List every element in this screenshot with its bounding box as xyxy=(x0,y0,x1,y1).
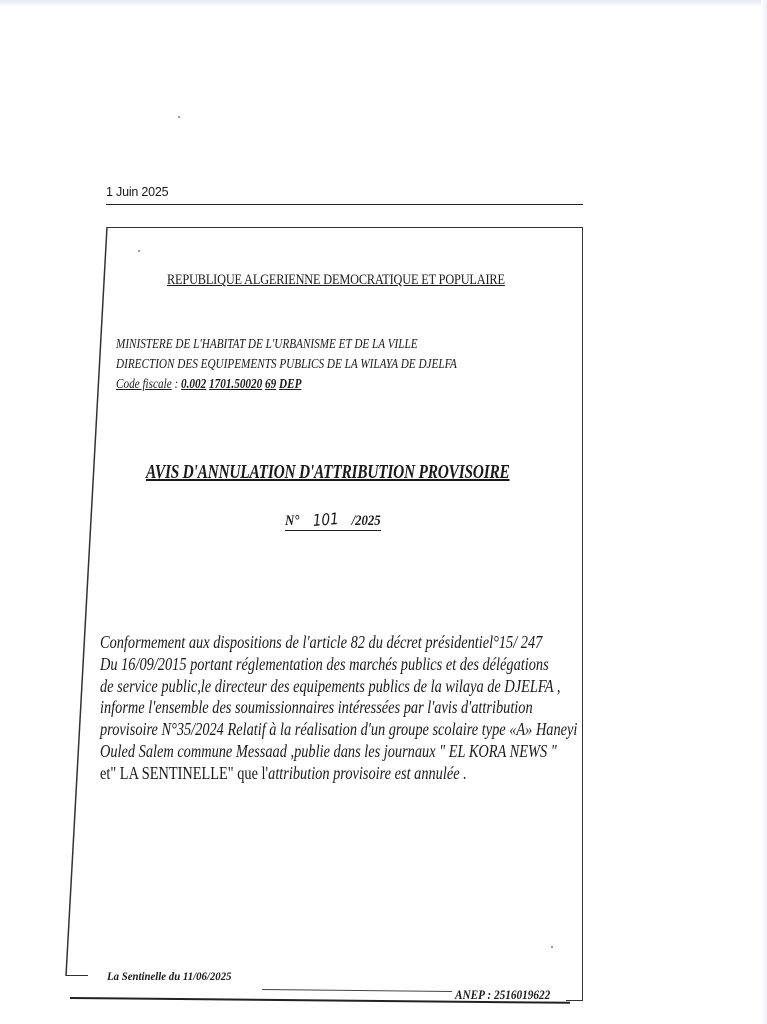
notice-number-prefix: N° xyxy=(285,513,299,529)
fiscal-code-part: 0.002 xyxy=(181,377,206,392)
notice-frame-top xyxy=(107,227,583,228)
directorate-line: DIRECTION DES EQUIPEMENTS PUBLICS DE LA … xyxy=(116,355,457,375)
body-line: Du 16/09/2015 portant réglementation des… xyxy=(100,654,567,676)
republic-heading: REPUBLIQUE ALGERIENNE DEMOCRATIQUE ET PO… xyxy=(167,272,505,289)
body-final-upright: et" LA SENTINELLE" que l' xyxy=(100,763,268,783)
scan-edge-top xyxy=(0,0,767,6)
body-line: informe l'ensemble des soumissionnaires … xyxy=(100,697,567,719)
fiscal-code-label: Code fiscale xyxy=(116,377,172,392)
fiscal-code-separator: : xyxy=(172,377,181,392)
fiscal-code-part: 69 xyxy=(265,377,276,392)
body-final-italic: attribution provisoire est annulée . xyxy=(268,763,467,783)
notice-body: Conformement aux dispositions de l'artic… xyxy=(100,632,567,785)
notice-number-handwritten: 101 xyxy=(302,508,349,531)
fiscal-code-part: 1701.50020 xyxy=(209,377,262,392)
body-line: Ouled Salem commune Messaad ,publie dans… xyxy=(100,741,567,763)
notice-number-suffix: /2025 xyxy=(352,513,381,529)
body-line-final: et" LA SENTINELLE" que l'attribution pro… xyxy=(100,763,567,785)
notice-frame-left-foot xyxy=(66,975,88,976)
scan-speck xyxy=(178,116,180,118)
scan-speck xyxy=(551,946,553,948)
fiscal-code-line: Code fiscale : 0.002 1701.50020 69 DEP xyxy=(116,375,457,395)
scan-speck xyxy=(138,250,140,252)
fiscal-code-part: DEP xyxy=(279,377,301,392)
body-line: de service public,le directeur des equip… xyxy=(100,676,567,698)
footer-divider xyxy=(262,989,452,992)
header-divider xyxy=(106,204,583,205)
scan-edge-right xyxy=(761,0,767,1024)
notice-frame-left xyxy=(0,0,767,1024)
issuing-authority: MINISTERE DE L'HABITAT DE L'URBANISME ET… xyxy=(116,335,457,395)
notice-number-line: N° 101 /2025 xyxy=(285,510,381,531)
body-line: Conformement aux dispositions de l'artic… xyxy=(100,632,567,654)
publication-source: La Sentinelle du 11/06/2025 xyxy=(107,969,232,984)
notice-number: N° 101 /2025 xyxy=(285,510,381,531)
notice-frame-right xyxy=(582,227,583,1001)
notice-title: AVIS D'ANNULATION D'ATTRIBUTION PROVISOI… xyxy=(146,461,510,484)
body-line: provisoire N°35/2024 Relatif à la réalis… xyxy=(100,719,567,741)
ministry-line: MINISTERE DE L'HABITAT DE L'URBANISME ET… xyxy=(116,335,457,355)
publication-date: 1 Juin 2025 xyxy=(106,185,168,199)
